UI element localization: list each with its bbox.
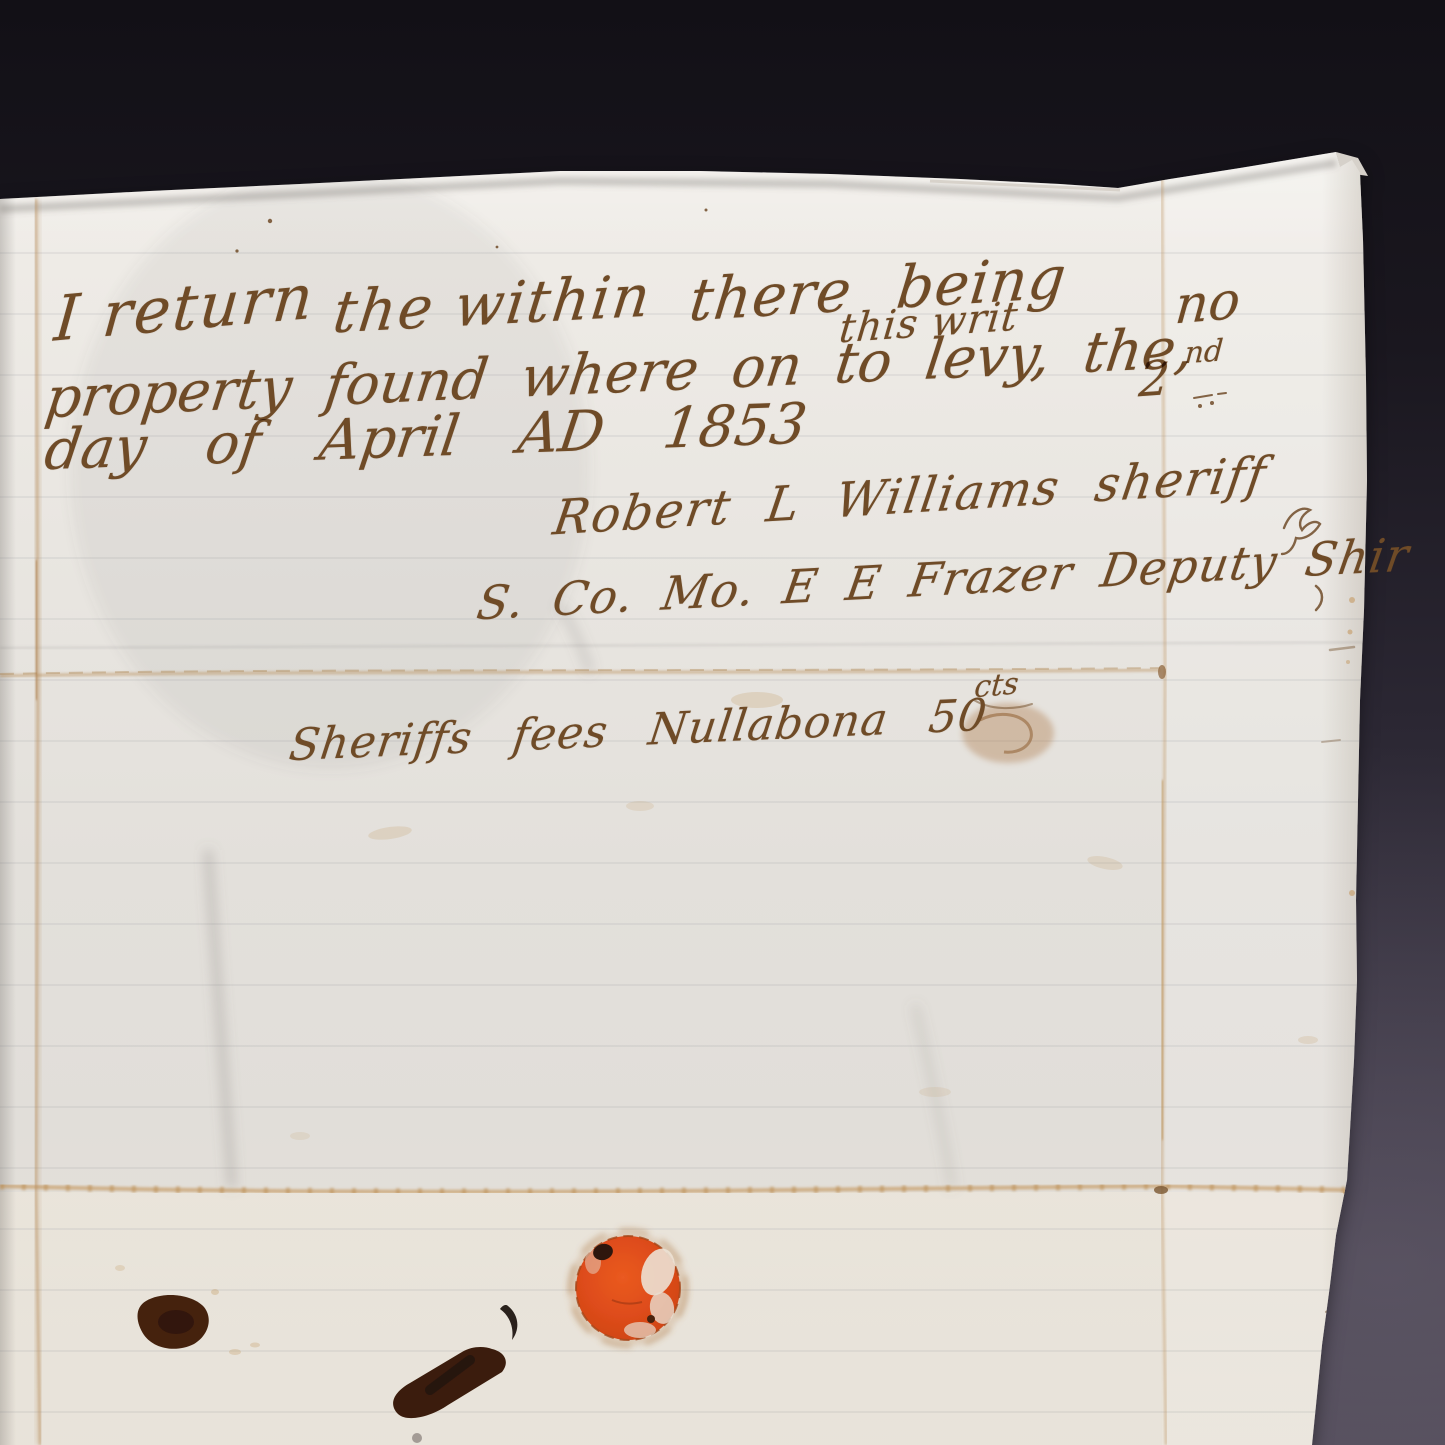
left-edge-shade xyxy=(0,199,16,1445)
wax-seal xyxy=(568,1230,688,1346)
right-edge-shade xyxy=(1322,150,1368,1445)
paper-sheet xyxy=(0,150,1445,1445)
photo-scene: I return the within there being no this … xyxy=(0,0,1445,1445)
document-photo xyxy=(0,0,1445,1445)
fees-ink-smudge xyxy=(962,703,1054,763)
